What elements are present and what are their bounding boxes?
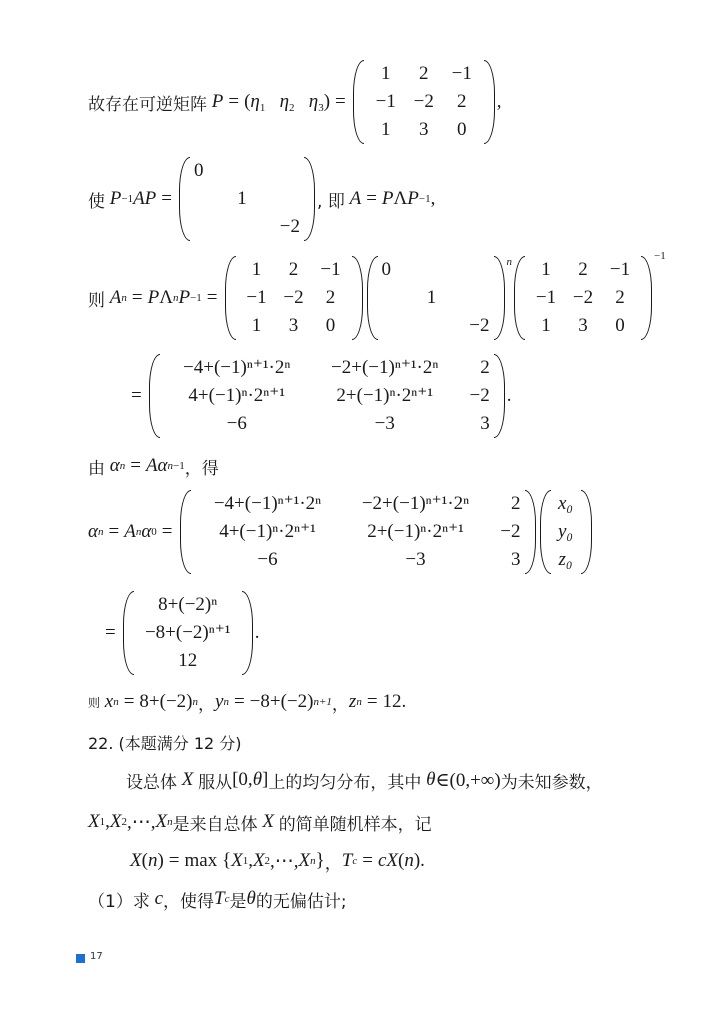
block2-middle: , 即 xyxy=(317,187,345,212)
alpha-n-line: αn=Anα0= −4+(−1)ⁿ⁺¹·2ⁿ−2+(−1)ⁿ⁺¹·2ⁿ2 4+(… xyxy=(88,486,594,578)
invertible-matrix-line: 故存在可逆矩阵 P= (η1 η2 η3)= 12−1 −1−22 130 , xyxy=(88,58,502,146)
problem-22-definition: X(n)=max {X1,X2,⋯,Xn}，Tc=cX(n). xyxy=(130,846,425,876)
initial-vector: x₀ y₀ z₀ xyxy=(540,490,592,574)
page-marker-icon xyxy=(76,954,85,963)
result-vector: 8+(−2)ⁿ −8+(−2)ⁿ⁺¹ 12 xyxy=(123,591,253,675)
eta-vector: (η1 η2 η3) xyxy=(244,91,330,113)
matrix-P-left: 12−1 −1−22 130 xyxy=(225,256,363,340)
block2-prefix: 使 xyxy=(88,187,105,212)
result-vector-line: = 8+(−2)ⁿ −8+(−2)ⁿ⁺¹ 12 . xyxy=(100,588,259,678)
diagonalization-line: 使 P−1AP= 0 1 −2 , 即 A=PΛP−1, xyxy=(88,156,435,242)
diagonal-matrix: 0 1 −2 xyxy=(179,157,315,241)
An-result-line: = −4+(−1)ⁿ⁺¹·2ⁿ−2+(−1)ⁿ⁺¹·2ⁿ2 4+(−1)ⁿ·2ⁿ… xyxy=(126,350,511,442)
problem-22-line1: 设总体 X 服从[0,θ]上的均匀分布，其中 θ∈(0,+∞)为未知参数， xyxy=(126,764,603,796)
diagonal-matrix-power: 0 1 −2 xyxy=(367,256,505,340)
block3-prefix: 则 xyxy=(88,286,105,311)
power-formula-line: 则 An=PΛnP−1= 12−1 −1−22 130 0 1 −2 n 12−… xyxy=(88,252,666,344)
block1-prefix: 故存在可逆矩阵 xyxy=(88,90,207,115)
recurrence-text: 由 αn=Aαn−1，得 xyxy=(88,452,219,480)
matrix-An: −4+(−1)ⁿ⁺¹·2ⁿ−2+(−1)ⁿ⁺¹·2ⁿ2 4+(−1)ⁿ·2ⁿ⁺¹… xyxy=(149,354,505,438)
P-symbol: P xyxy=(207,91,223,113)
problem-22-part1: （1）求 c，使得Tc是θ的无偏估计; xyxy=(88,884,347,914)
problem-22-heading: 22. (本题满分 12 分) xyxy=(88,730,242,754)
page-number: 17 xyxy=(90,951,103,962)
problem-22-line2: X1,X2,⋯,Xn是来自总体 X 的简单随机样本，记 xyxy=(88,806,432,838)
matrix-P: 12−1 −1−22 130 xyxy=(353,60,495,144)
matrix-P-inverse: 12−1 −1−22 130 xyxy=(514,256,652,340)
solution-line: 则 xn=8+(−2)n， yn=−8+(−2)n+1， zn=12. xyxy=(88,688,406,716)
matrix-An-repeat: −4+(−1)ⁿ⁺¹·2ⁿ−2+(−1)ⁿ⁺¹·2ⁿ2 4+(−1)ⁿ·2ⁿ⁺¹… xyxy=(180,490,536,574)
block1-suffix: , xyxy=(497,91,502,113)
